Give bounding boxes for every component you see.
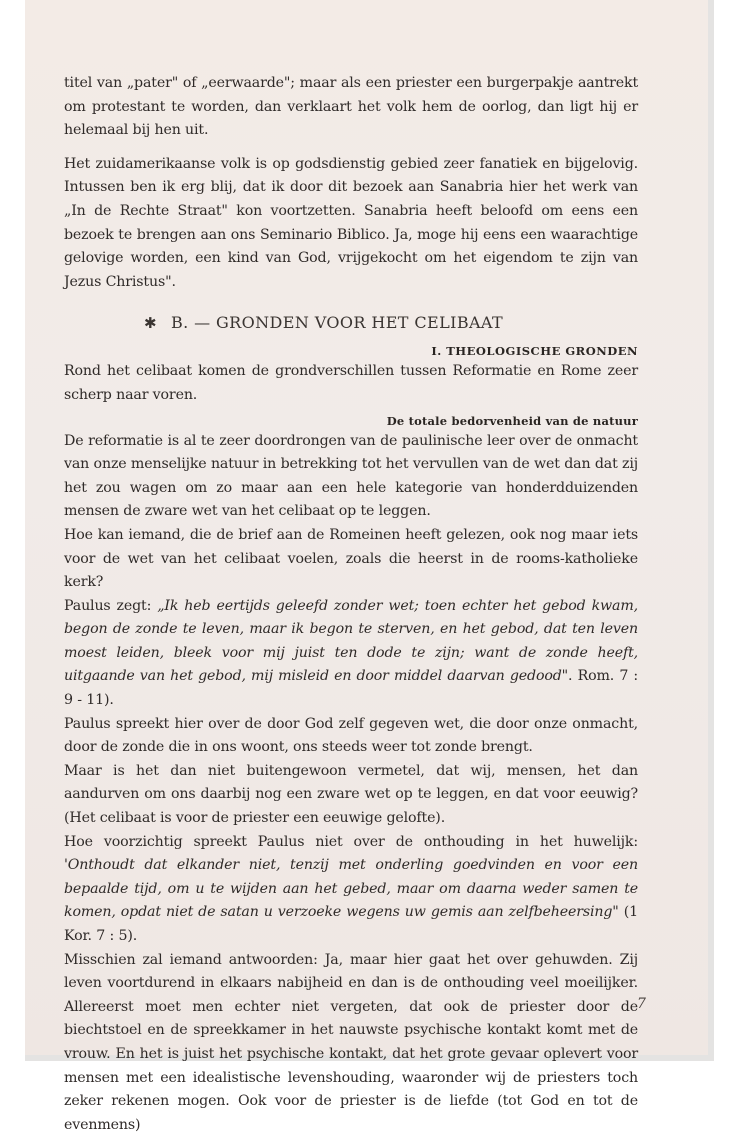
asterisk-icon: ✱	[144, 310, 157, 336]
section-heading: ✱B. — GRONDEN VOOR HET CELIBAAT	[144, 310, 638, 336]
paragraph-god-given-law: Paulus spreekt hier over de door God zel…	[64, 713, 638, 760]
paragraph-married-objection: Misschien zal iemand antwoorden: Ja, maa…	[64, 949, 638, 1068]
page-number: 7	[637, 996, 646, 1012]
quote-corinthians: 'Onthoudt dat elkander niet, tenzij met …	[64, 857, 638, 920]
section-heading-text: B. — GRONDEN VOOR HET CELIBAAT	[171, 313, 503, 332]
paragraph-reformation-rome: Rond het celibaat komen de grondverschil…	[64, 360, 638, 407]
paragraph-sanabria: Het zuidamerikaanse volk is op godsdiens…	[64, 153, 638, 295]
paragraph-reformation-doctrine: De reformatie is al te zeer doordrongen …	[64, 430, 638, 524]
quote-intro: Paulus zegt:	[64, 598, 157, 614]
subheading-total-depravity: De totale bedorvenheid van de natuur	[64, 412, 638, 430]
paragraph-paul-quote-corinthians: Hoe voorzichtig spreekt Paulus niet over…	[64, 831, 638, 949]
page-body: titel van „pater" of „eerwaarde"; maar a…	[64, 72, 638, 1068]
paragraph-romans-question: Hoe kan iemand, die de brief aan de Rome…	[64, 524, 638, 595]
paragraph-pater-title: titel van „pater" of „eerwaarde"; maar a…	[64, 72, 638, 143]
quote-intro: Hoe voorzichtig spreekt Paulus niet over…	[64, 834, 638, 850]
paragraph-eternal-vow: Maar is het dan niet buitengewoon vermet…	[64, 760, 638, 831]
paragraph-paul-quote-romans: Paulus zegt: „Ik heb eertijds geleefd zo…	[64, 595, 638, 713]
subheading-theological-grounds: I. THEOLOGISCHE GRONDEN	[64, 342, 638, 360]
